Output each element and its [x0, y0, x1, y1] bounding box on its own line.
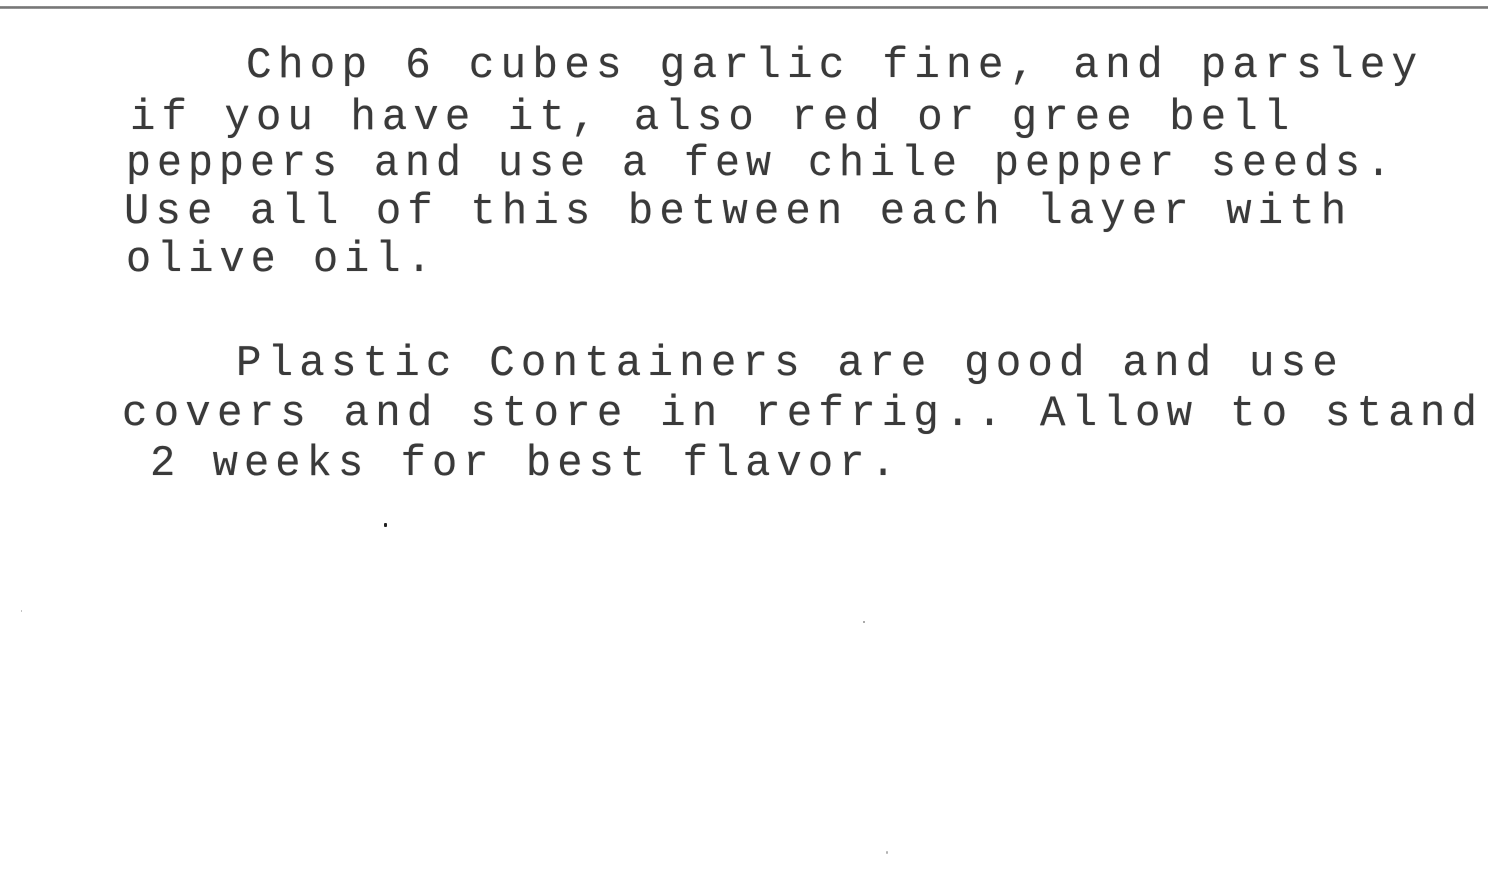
paragraph-2-line-2: covers and store in refrig.. Allow to st…: [122, 392, 1483, 436]
ink-speck: [21, 610, 22, 612]
paragraph-2-line-3: 2 weeks for best flavor.: [150, 442, 902, 486]
paragraph-1-line-4: Use all of this between each layer with: [124, 190, 1352, 234]
paragraph-1-line-2: if you have it, also red or gree bell: [130, 96, 1295, 140]
ink-speck: [863, 621, 865, 623]
ink-speck: [384, 523, 387, 527]
paragraph-1-line-3: peppers and use a few chile pepper seeds…: [126, 142, 1397, 186]
paragraph-1-line-5: olive oil.: [126, 238, 438, 282]
paragraph-1-line-1: Chop 6 cubes garlic fine, and parsley: [246, 44, 1423, 88]
recipe-card-text: Chop 6 cubes garlic fine, and parsley if…: [0, 0, 1488, 880]
ink-speck: [886, 851, 888, 854]
paragraph-2-line-1: Plastic Containers are good and use: [236, 342, 1344, 386]
